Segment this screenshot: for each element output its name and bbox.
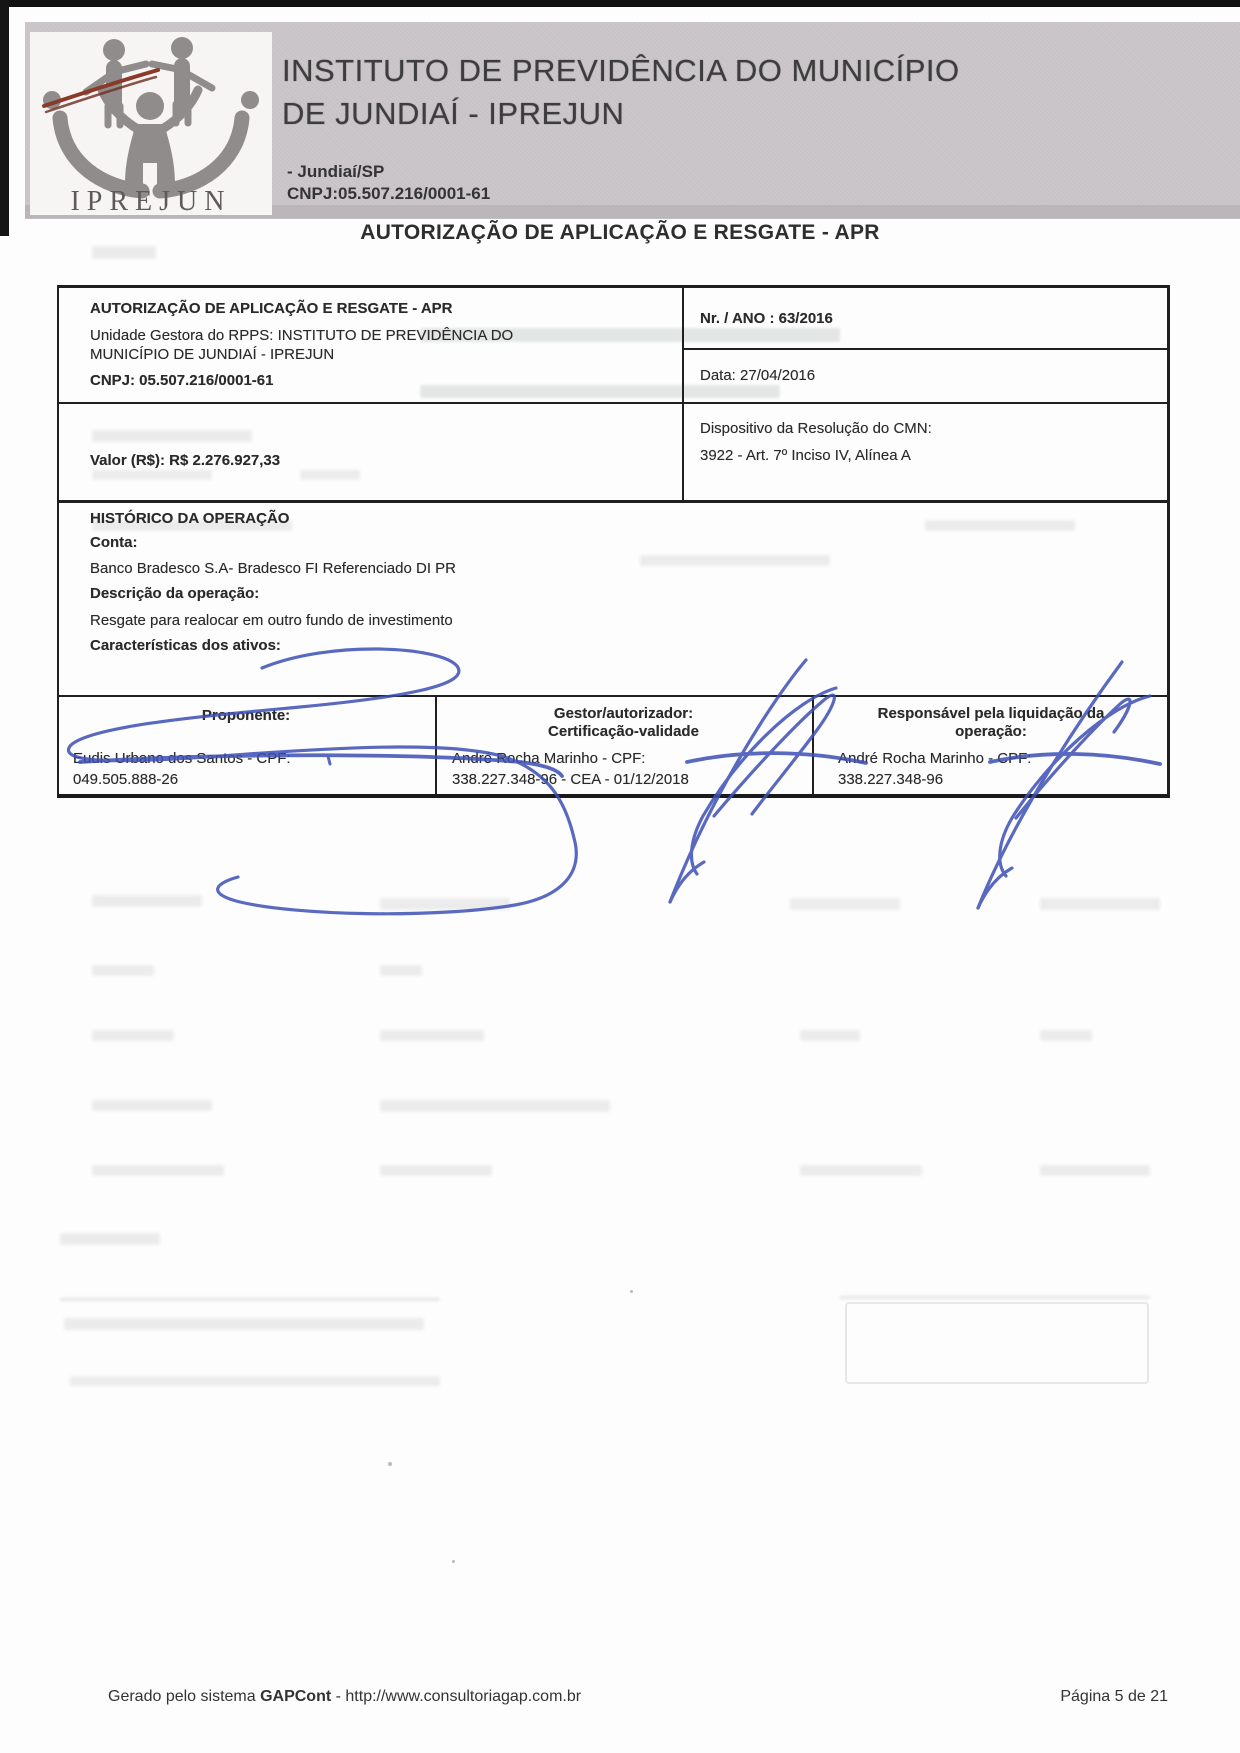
scan-artifact [1040, 1030, 1092, 1041]
scan-artifact [800, 1030, 860, 1041]
valor-value: Valor (R$): R$ 2.276.927,33 [90, 452, 280, 471]
signature-doc-proponente: 049.505.888-26 [73, 771, 178, 790]
scan-speck [452, 1560, 455, 1563]
dispositivo-label: Dispositivo da Resolução do CMN: [700, 420, 932, 439]
logo-wordmark: IPREJUN [30, 186, 272, 218]
scan-artifact [380, 965, 422, 976]
document-title: AUTORIZAÇÃO DE APLICAÇÃO E RESGATE - APR [0, 221, 1240, 245]
scan-artifact [380, 1100, 610, 1112]
scan-artifact [840, 1296, 1150, 1299]
signature-role2-gestor: Certificação-validade [437, 723, 810, 742]
footer-generator: Gerado pelo sistema GAPCont - http://www… [108, 1688, 581, 1706]
footer-generator-system: GAPCont [260, 1688, 331, 1705]
scan-artifact [70, 1376, 440, 1386]
scan-artifact [92, 1030, 174, 1041]
unidade-gestora-line1: Unidade Gestora do RPPS: INSTITUTO DE PR… [90, 327, 513, 346]
nr-ano-value: Nr. / ANO : 63/2016 [700, 310, 833, 329]
org-name-line2: DE JUNDIAÍ - IPREJUN [282, 96, 624, 132]
scanned-document-page: IPREJUN INSTITUTO DE PREVIDÊNCIA DO MUNI… [0, 0, 1240, 1753]
scan-artifact [1040, 1165, 1150, 1176]
scan-artifact [92, 1100, 212, 1111]
signature-role2-liquidacao: operação: [814, 723, 1168, 742]
footer-generator-prefix: Gerado pelo sistema [108, 1688, 260, 1705]
scan-artifact [60, 1298, 440, 1301]
scan-artifact [92, 1165, 224, 1176]
scan-artifact [380, 1030, 484, 1041]
signature-doc-gestor: 338.227.348-96 - CEA - 01/12/2018 [452, 771, 689, 790]
form-heading: AUTORIZAÇÃO DE APLICAÇÃO E RESGATE - APR [90, 300, 453, 319]
signature-ink-overlay [0, 0, 1240, 1753]
scan-artifact [380, 1165, 492, 1176]
footer-generator-url: - http://www.consultoriagap.com.br [331, 1688, 581, 1705]
historico-title: HISTÓRICO DA OPERAÇÃO [90, 510, 289, 529]
scan-artifact [845, 1302, 1149, 1384]
scan-artifact [380, 898, 510, 910]
unidade-gestora-line2: MUNICÍPIO DE JUNDIAÍ - IPREJUN [90, 346, 334, 365]
descricao-value: Resgate para realocar em outro fundo de … [90, 612, 453, 631]
cnpj-value: CNPJ: 05.507.216/0001-61 [90, 372, 273, 391]
org-name-line1: INSTITUTO DE PREVIDÊNCIA DO MUNICÍPIO [282, 53, 960, 89]
signature-role-proponente: Proponente: [59, 707, 433, 726]
signature-role-gestor: Gestor/autorizador: [437, 705, 810, 724]
scan-artifact [60, 1233, 160, 1245]
scan-artifact [800, 1165, 922, 1176]
dispositivo-value: 3922 - Art. 7º Inciso IV, Alínea A [700, 447, 911, 466]
scan-speck [630, 1290, 633, 1293]
scan-artifact [1040, 898, 1160, 910]
conta-value: Banco Bradesco S.A- Bradesco FI Referenc… [90, 560, 456, 579]
data-value: Data: 27/04/2016 [700, 367, 815, 386]
signature-role-liquidacao: Responsável pela liquidação da [814, 705, 1168, 724]
signature-name-proponente: Eudis Urbano dos Santos - CPF: [73, 750, 291, 769]
caracteristicas-label: Características dos ativos: [90, 637, 281, 656]
conta-label: Conta: [90, 534, 138, 553]
scan-speck [388, 1462, 392, 1466]
scan-top-edge [0, 0, 1240, 7]
org-cnpj: CNPJ:05.507.216/0001-61 [287, 184, 490, 204]
org-city: - Jundiaí/SP [287, 162, 384, 182]
cell-valor [57, 402, 682, 500]
scan-artifact [92, 965, 154, 976]
signature-name-gestor: André Rocha Marinho - CPF: [452, 750, 645, 769]
scan-artifact [92, 246, 156, 259]
descricao-label: Descrição da operação: [90, 585, 259, 604]
scan-artifact [790, 898, 900, 910]
signature-doc-liquidacao: 338.227.348-96 [838, 771, 943, 790]
scan-artifact [92, 895, 202, 907]
scan-left-edge [0, 0, 9, 236]
scan-artifact [64, 1318, 424, 1330]
footer-page-number: Página 5 de 21 [960, 1688, 1168, 1706]
signature-name-liquidacao: André Rocha Marinho - CPF: [838, 750, 1031, 769]
